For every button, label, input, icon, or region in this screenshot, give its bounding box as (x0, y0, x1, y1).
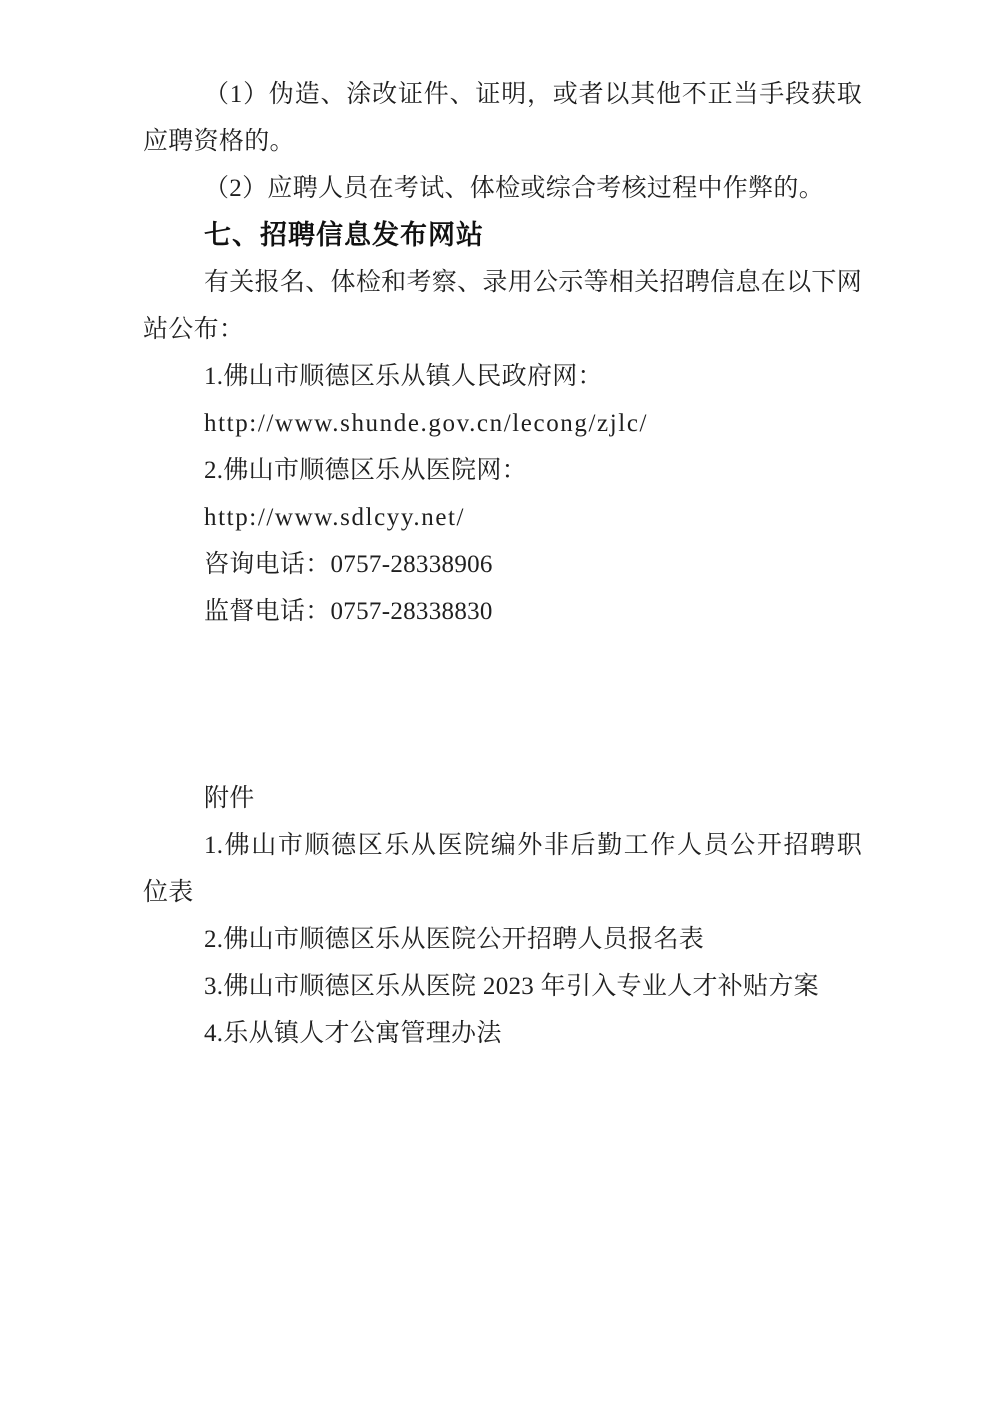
penalty-clause-2: （2）应聘人员在考试、体检或综合考核过程中作弊的。 (143, 165, 862, 212)
attachment-item-4: 4.乐从镇人才公寓管理办法 (143, 1010, 862, 1057)
supervise-phone: 监督电话：0757-28338830 (143, 588, 862, 635)
attachment-item-3: 3.佛山市顺德区乐从医院 2023 年引入专业人才补贴方案 (143, 963, 862, 1010)
website-1-url: http://www.shunde.gov.cn/lecong/zjlc/ (143, 400, 862, 447)
document-page: （1）伪造、涂改证件、证明，或者以其他不正当手段获取 应聘资格的。 （2）应聘人… (0, 0, 1000, 1414)
website-1-label: 1.佛山市顺德区乐从镇人民政府网： (143, 353, 862, 400)
attachment-item-1-line-1: 1.佛山市顺德区乐从医院编外非后勤工作人员公开招聘职 (143, 822, 862, 869)
section-7-heading: 七、招聘信息发布网站 (143, 212, 862, 259)
penalty-clause-1-line-1: （1）伪造、涂改证件、证明，或者以其他不正当手段获取 (143, 71, 862, 118)
consult-phone: 咨询电话：0757-28338906 (143, 541, 862, 588)
website-2-url: http://www.sdlcyy.net/ (143, 494, 862, 541)
publish-intro-line-2: 站公布： (143, 306, 862, 353)
attachments-heading: 附件 (143, 775, 862, 822)
attachment-item-2: 2.佛山市顺德区乐从医院公开招聘人员报名表 (143, 916, 862, 963)
website-2-label: 2.佛山市顺德区乐从医院网： (143, 447, 862, 494)
publish-intro-line-1: 有关报名、体检和考察、录用公示等相关招聘信息在以下网 (143, 259, 862, 306)
attachment-item-1-line-2: 位表 (143, 869, 862, 916)
penalty-clause-1-line-2: 应聘资格的。 (143, 118, 862, 165)
